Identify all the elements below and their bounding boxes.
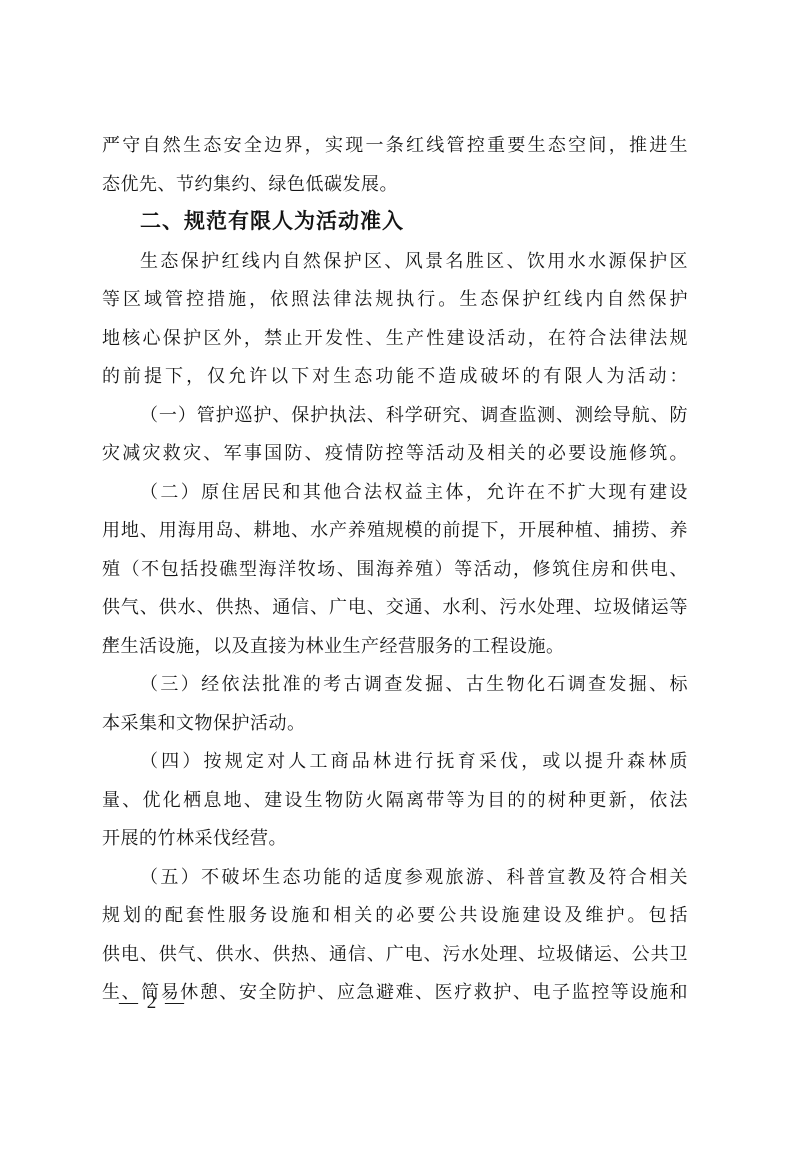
body-line: 开展的竹林采伐经营。: [102, 819, 688, 858]
body-line: 供气、供水、供热、通信、广电、交通、水利、污水处理、垃圾储运等生: [102, 588, 688, 627]
body-line: （二）原住居民和其他合法权益主体，允许在不扩大现有建设: [102, 473, 688, 512]
body-line: 生态保护红线内自然保护区、风景名胜区、饮用水水源保护区: [102, 242, 688, 281]
body-line: （三）经依法批准的考古调查发掘、古生物化石调查发掘、标: [102, 665, 688, 704]
page-number: — 2 —: [119, 992, 186, 1014]
body-line: 本采集和文物保护活动。: [102, 704, 688, 743]
body-line: 殖（不包括投礁型海洋牧场、围海养殖）等活动，修筑住房和供电、: [102, 550, 688, 589]
body-line: 规划的配套性服务设施和相关的必要公共设施建设及维护。包括: [102, 896, 688, 935]
body-line: 灾减灾救灾、军事国防、疫情防控等活动及相关的必要设施修筑。: [102, 434, 688, 473]
text-block: 严守自然生态安全边界，实现一条红线管控重要生态空间，推进生 态优先、节约集约、绿…: [102, 126, 688, 1012]
body-line: 地核心保护区外，禁止开发性、生产性建设活动，在符合法律法规: [102, 319, 688, 358]
body-line: （一）管护巡护、保护执法、科学研究、调查监测、测绘导航、防: [102, 396, 688, 435]
body-line: （五）不破坏生态功能的适度参观旅游、科普宣教及符合相关: [102, 858, 688, 897]
body-line: 供电、供气、供水、供热、通信、广电、污水处理、垃圾储运、公共卫: [102, 935, 688, 974]
body-line: 严守自然生态安全边界，实现一条红线管控重要生态空间，推进生: [102, 126, 688, 165]
body-line: 用地、用海用岛、耕地、水产养殖规模的前提下，开展种植、捕捞、养: [102, 511, 688, 550]
body-line: 等区域管控措施，依照法律法规执行。生态保护红线内自然保护: [102, 280, 688, 319]
document-page: 严守自然生态安全边界，实现一条红线管控重要生态空间，推进生 态优先、节约集约、绿…: [0, 0, 800, 1168]
body-line: （四）按规定对人工商品林进行抚育采伐，或以提升森林质: [102, 742, 688, 781]
body-line: 产生活设施，以及直接为林业生产经营服务的工程设施。: [102, 627, 688, 666]
body-line: 的前提下，仅允许以下对生态功能不造成破坏的有限人为活动：: [102, 357, 688, 396]
body-line: 生、简易休憩、安全防护、应急避难、医疗救护、电子监控等设施和: [102, 973, 688, 1012]
section-heading: 二、规范有限人为活动准入: [102, 203, 688, 242]
body-line: 量、优化栖息地、建设生物防火隔离带等为目的的树种更新，依法: [102, 781, 688, 820]
body-line: 态优先、节约集约、绿色低碳发展。: [102, 165, 688, 204]
